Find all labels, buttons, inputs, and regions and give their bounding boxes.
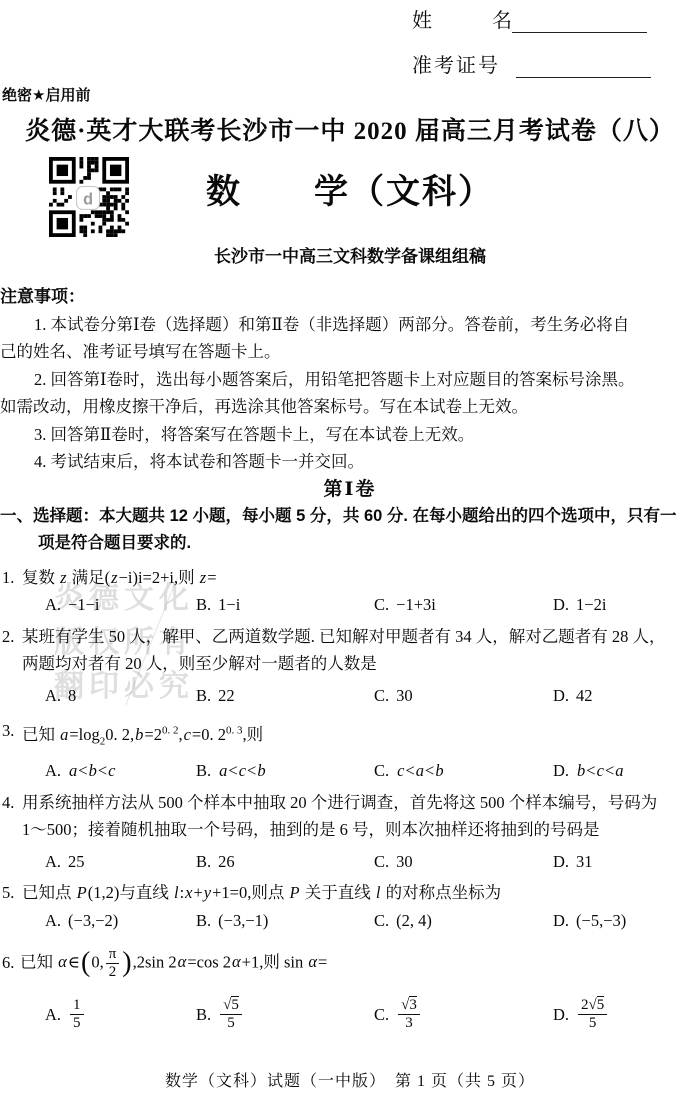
exam-no-row: 准考证号 [412,49,664,78]
question-6-option-d: D.2√55 [553,990,609,1038]
student-info-block: 姓名 准考证号 [412,4,664,94]
question-4-option-a: A.25 [45,848,85,876]
question-3-option-b: B.a<c<b [196,757,267,785]
exam-no-fill-line [516,51,651,78]
notice-item-1: 1. 本试卷分第Ⅰ卷（选择题）和第Ⅱ卷（非选择题）两部分。答卷前，考生务必将自己… [0,311,700,366]
choice-section-heading: 一、选择题：本大题共 12 小题，每小题 5 分，共 60 分. 在每小题给出的… [0,503,700,558]
paper-body: 注意事项： 1. 本试卷分第Ⅰ卷（选择题）和第Ⅱ卷（非选择题）两部分。答卷前，考… [0,283,700,1038]
question-2-option-d: D.42 [553,682,593,710]
page-footer: 数学（文科）试题（一中版） 第 1 页（共 5 页） [0,1068,700,1091]
question-6-options: A.15 B.√55 C.√33 D.2√55 [0,990,700,1038]
question-4-stem: 用系统抽样方法从 500 个样本中抽取 20 个进行调查，首先将这 500 个样… [22,793,657,840]
question-6-number: 6. [0,953,20,973]
question-1-option-d: D.1−2i [553,591,606,619]
question-5-number: 5. [2,879,14,907]
notice-item-4: 4. 考试结束后，将本试卷和答题卡一并交回。 [0,448,700,476]
question-4: 4. 用系统抽样方法从 500 个样本中抽取 20 个进行调查，首先将这 500… [0,789,700,844]
question-2-stem: 某班有学生 50 人，解甲、乙两道数学题. 已知解对甲题者有 34 人，解对乙题… [22,627,666,674]
secrecy-notice: 绝密★启用前 [2,86,90,106]
question-6-option-b: B.√55 [196,990,244,1038]
notice-item-3: 3. 回答第Ⅱ卷时，将答案写在答题卡上，写在本试卷上无效。 [0,421,700,449]
name-row: 姓名 [412,4,664,33]
question-2-number: 2. [2,623,14,651]
name-label-char2: 名 [492,4,512,33]
question-4-option-c: C.30 [374,848,413,876]
question-3-options: A.a<b<c B.a<c<b C.c<a<b D.b<c<a [0,757,700,785]
question-2-options: A.8 B.22 C.30 D.42 [0,682,700,710]
question-1: 1. 复数 z 满足(z−i)i=2+i,则 z= [0,564,700,592]
name-label: 姓名 [412,4,512,33]
question-2: 2. 某班有学生 50 人，解甲、乙两道数学题. 已知解对甲题者有 34 人，解… [0,623,700,678]
exam-paper-page: 姓名 准考证号 绝密★启用前 炎德·英才大联考长沙市一中 2020 届高三月考试… [0,0,700,1105]
name-label-char1: 姓 [412,4,432,33]
question-4-option-b: B.26 [196,848,235,876]
question-2-option-a: A.8 [45,682,76,710]
question-5-options: A.(−3,−2) B.(−3,−1) C.(2, 4) D.(−5,−3) [0,907,700,935]
prep-group-subtitle: 长沙市一中高三文科数学备课组组稿 [0,246,700,268]
exam-main-title: 炎德·英才大联考长沙市一中 2020 届高三月考试卷（八） [0,113,700,151]
question-5-option-b: B.(−3,−1) [196,907,268,935]
question-5: 5. 已知点 P(1,2)与直线 l:x+y+1=0,则点 P 关于直线 l 的… [0,879,700,907]
question-6: 6. 已知 α∈(0,π2),2sin 2α=cos 2α+1,则 sin α= [0,940,700,986]
question-3-option-c: C.c<a<b [374,757,445,785]
question-3-option-a: A.a<b<c [45,757,117,785]
question-5-stem: 已知点 P(1,2)与直线 l:x+y+1=0,则点 P 关于直线 l 的对称点… [22,883,501,902]
question-5-option-c: C.(2, 4) [374,907,432,935]
question-6-option-c: C.√33 [374,990,422,1038]
notice-item-2: 2. 回答第Ⅰ卷时，选出每小题答案后，用铅笔把答题卡上对应题目的答案标号涂黑。如… [0,366,700,421]
question-5-option-d: D.(−5,−3) [553,907,626,935]
question-1-option-c: C.−1+3i [374,591,436,619]
question-1-option-a: A.−1−i [45,591,100,619]
question-3-stem: 已知 a=log20. 2,b=20. 2,c=0. 20. 3,则 [22,725,263,744]
question-3: 3. 已知 a=log20. 2,b=20. 2,c=0. 20. 3,则 [0,717,700,755]
question-5-option-a: A.(−3,−2) [45,907,118,935]
question-1-stem: 复数 z 满足(z−i)i=2+i,则 z= [22,568,217,587]
name-fill-line [512,6,647,33]
part1-title: 第Ⅰ卷 [0,476,700,503]
exam-no-label: 准考证号 [412,49,516,78]
question-4-options: A.25 B.26 C.30 D.31 [0,848,700,876]
question-4-number: 4. [2,789,14,817]
question-3-option-d: D.b<c<a [553,757,625,785]
question-2-option-c: C.30 [374,682,413,710]
question-1-option-b: B.1−i [196,591,240,619]
question-2-option-b: B.22 [196,682,235,710]
question-6-stem: 已知 α∈(0,π2),2sin 2α=cos 2α+1,则 sin α= [20,946,327,982]
question-1-options: A.−1−i B.1−i C.−1+3i D.1−2i [0,591,700,619]
question-4-option-d: D.31 [553,848,593,876]
notices-title: 注意事项： [0,283,700,311]
question-3-number: 3. [2,717,14,745]
question-1-number: 1. [2,564,14,592]
question-6-option-a: A.15 [45,990,86,1038]
subject-title: 数 学（文科） [0,170,700,214]
